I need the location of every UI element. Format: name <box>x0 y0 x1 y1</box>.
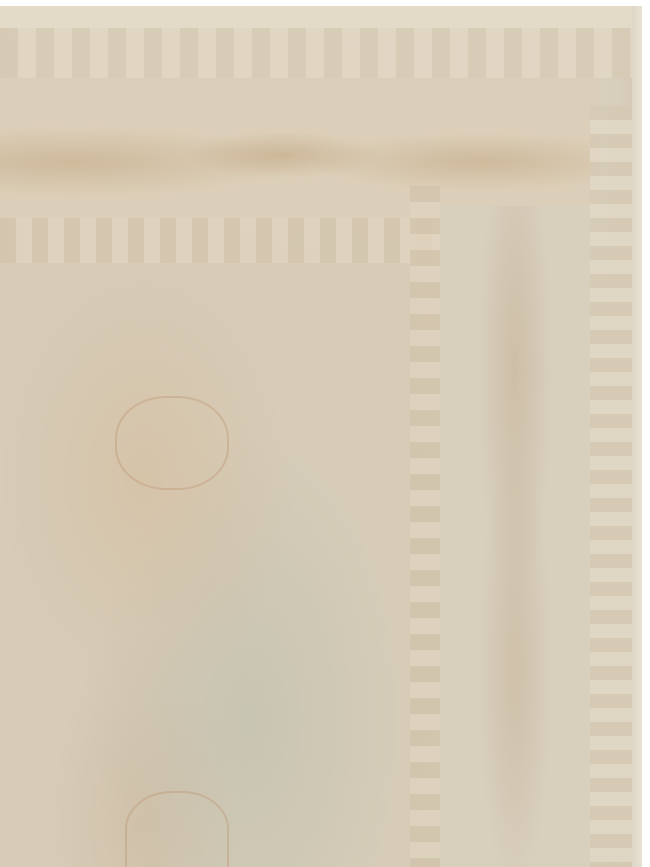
rug-medallion <box>115 396 229 490</box>
rug-medallion-lower <box>125 791 229 867</box>
rug-edge <box>632 6 642 867</box>
rug-outer-guard-right <box>590 106 632 867</box>
rug-field <box>0 263 410 867</box>
rug-photo <box>0 6 642 867</box>
rug-main-border-right <box>440 206 590 867</box>
rug-outer-border-top <box>0 6 632 28</box>
rug-guard-border-top <box>0 28 632 78</box>
rug-main-border-top <box>0 78 600 218</box>
rug-inner-guard-right <box>410 186 440 867</box>
rug-inner-guard-top <box>0 218 440 263</box>
